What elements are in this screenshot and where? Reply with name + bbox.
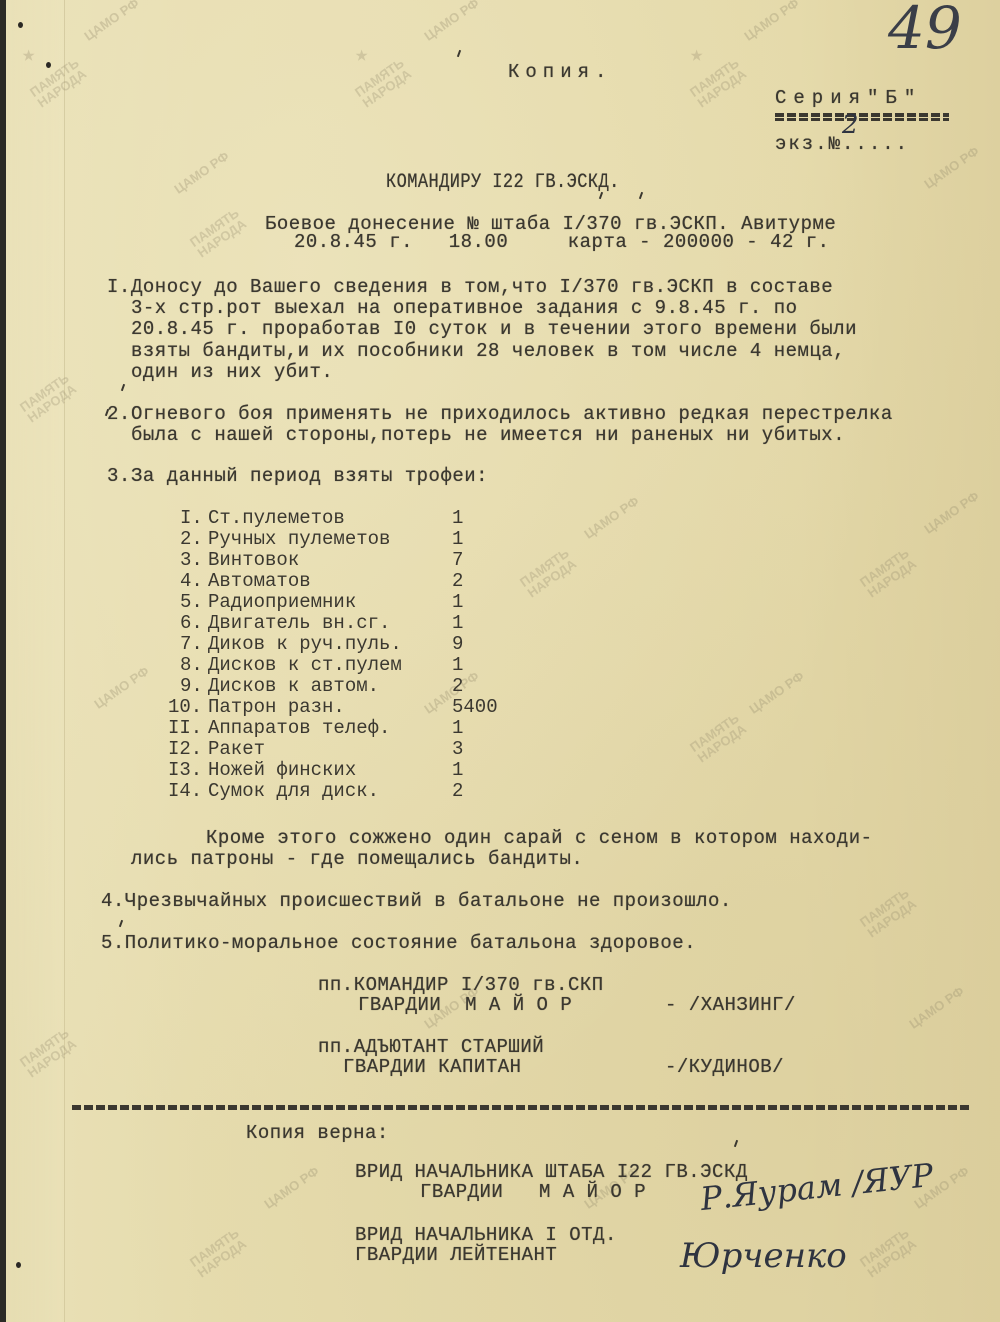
paragraph-line: 3-х стр.рот выехал на оперативное задани… [131,298,798,319]
trophy-name: Дисков к автом. [208,675,379,697]
watermark-project: ПАМЯТЬНАРОДА [518,546,579,600]
signer-title: пп.АДЪЮТАНТ СТАРШИЙ [318,1037,544,1058]
trophy-name: Ручных пулеметов [208,528,390,550]
binding-hole [18,22,23,28]
paragraph-number: I. [107,277,131,298]
trophy-row: I3.Ножей финских1 [168,759,508,780]
binding-margin [6,0,65,1322]
paragraph-line: Доносу до Вашего сведения в том,что I/37… [131,277,833,298]
copy-number-handwritten: 2 [842,110,859,140]
certifier-title: ВРИД НАЧАЛЬНИКА I ОТД. [355,1225,617,1246]
trophy-num: II. [168,717,202,739]
ink-mark [639,192,643,199]
trophy-name: Двигатель вн.сг. [208,612,390,634]
trophy-qty: 1 [452,507,463,529]
paragraph-5: 5.Политико-моральное состояние батальона… [101,933,696,954]
trophy-row: 4.Автоматов2 [180,570,520,591]
watermark-archive: ЦАМО РФ [741,0,801,44]
watermark-archive: ЦАМО РФ [746,668,806,716]
trophy-num: I2. [168,738,202,760]
paragraph-number: 3. [107,466,131,487]
signer-name: -/КУДИНОВ/ [665,1057,784,1078]
addressee: КОМАНДИРУ I22 ГВ.ЭСКД. [386,172,620,193]
trophy-qty: 1 [452,591,463,613]
watermark-project: ПАМЯТЬНАРОДА [353,56,414,110]
trophy-qty: 2 [452,570,463,592]
watermark-archive: ЦАМО РФ [171,148,231,196]
trophy-row: 7.Диков к руч.пуль.9 [180,633,520,654]
series-underline [775,113,949,117]
trophy-num: 3. [180,549,203,571]
trophy-name: Радиоприемник [208,591,356,613]
trophy-row: 10.Патрон разн.5400 [168,696,508,717]
paragraph-line: 20.8.45 г. проработав I0 суток и в течен… [131,319,857,340]
trophy-row: I4.Сумок для диск.2 [168,780,508,801]
certifier-rank: ГВАРДИИ ЛЕЙТЕНАНТ [355,1245,557,1266]
ink-mark [457,50,461,57]
trophy-num: 7. [180,633,203,655]
trophy-qty: 3 [452,738,463,760]
watermark-project: ПАМЯТЬНАРОДА [858,1226,919,1280]
note-line: лись патроны - где помещались бандиты. [131,849,583,870]
watermark-archive: ЦАМО РФ [91,663,151,711]
watermark-archive: ЦАМО РФ [906,983,966,1031]
handwritten-signature: Юрченко [680,1236,847,1276]
trophy-row: I2.Ракет3 [168,738,508,759]
trophy-num: I4. [168,780,202,802]
trophy-qty: 1 [452,654,463,676]
trophy-row: 5.Радиоприемник1 [180,591,520,612]
trophy-name: Сумок для диск. [208,780,379,802]
watermark-archive: ЦАМО РФ [421,0,481,44]
trophy-qty: 1 [452,759,463,781]
paragraph-line: была с нашей стороны,потерь не имеется н… [131,425,845,446]
trophy-row: 3.Винтовок7 [180,549,520,570]
trophy-row: 8.Дисков к ст.пулем1 [180,654,520,675]
trophy-name: Аппаратов телеф. [208,717,390,739]
watermark-project: ПАМЯТЬНАРОДА [688,711,749,765]
trophy-num: 4. [180,570,203,592]
document-page: ЦАМО РФ ЦАМО РФ ЦАМО РФ ЦАМО РФ ЦАМО РФ … [0,0,1000,1322]
series-label: Серия"Б" [775,88,922,109]
copy-certified-label: Копия верна: [246,1123,389,1144]
trophy-name: Винтовок [208,549,299,571]
paragraph-line: один из них убит. [131,362,333,383]
trophy-num: I3. [168,759,202,781]
ink-mark [121,384,125,391]
trophy-row: I.Ст.пулеметов1 [180,507,520,528]
separator-rule [72,1105,972,1110]
trophy-name: Патрон разн. [208,696,345,718]
watermark-star-icon: ★ [355,42,368,68]
trophy-num: 2. [180,528,203,550]
certifier-title: ВРИД НАЧАЛЬНИКА ШТАБА I22 ГВ.ЭСКД [355,1162,748,1183]
watermark-star-icon: ★ [690,42,703,68]
report-header-line2: 20.8.45 г. 18.00 карта - 200000 - 42 г. [294,232,830,253]
trophy-qty: 9 [452,633,463,655]
watermark-project: ПАМЯТЬНАРОДА [188,206,249,260]
trophy-qty: 2 [452,675,463,697]
copy-mark: Копия. [508,62,612,83]
signer-rank: ГВАРДИИ КАПИТАН [343,1057,522,1078]
watermark-archive: ЦАМО РФ [81,0,141,44]
trophy-num: 5. [180,591,203,613]
trophy-num: 10. [168,696,202,718]
trophy-num: I. [180,507,203,529]
trophy-qty: 1 [452,528,463,550]
trophy-name: Автоматов [208,570,311,592]
trophy-row: 9.Дисков к автом.2 [180,675,520,696]
watermark-project: ПАМЯТЬНАРОДА [858,886,919,940]
ink-mark [599,192,603,199]
trophy-name: Ст.пулеметов [208,507,345,529]
watermark-project: ПАМЯТЬНАРОДА [858,546,919,600]
paragraph-line: За данный период взяты трофеи: [131,466,488,487]
ink-mark [119,920,123,927]
signer-name: - /ХАНЗИНГ/ [665,995,796,1016]
trophy-qty: 1 [452,717,463,739]
watermark-archive: ЦАМО РФ [921,488,981,536]
trophy-row: II.Аппаратов телеф.1 [168,717,508,738]
trophy-qty: 5400 [452,696,498,718]
trophy-row: 6.Двигатель вн.сг.1 [180,612,520,633]
note-line: Кроме этого сожжено один сарай с сеном в… [206,828,873,849]
watermark-project: ПАМЯТЬНАРОДА [188,1226,249,1280]
trophy-row: 2.Ручных пулеметов1 [180,528,520,549]
paragraph-line: взяты бандиты,и их пособники 28 человек … [131,341,845,362]
binding-hole [16,1262,21,1268]
certifier-rank: ГВАРДИИ М А Й О Р [420,1182,646,1203]
page-number-handwritten: 49 [888,0,962,62]
trophy-name: Дисков к ст.пулем [208,654,402,676]
trophy-name: Ножей финских [208,759,356,781]
trophy-name: Ракет [208,738,265,760]
watermark-archive: ЦАМО РФ [261,1163,321,1211]
paragraph-number: 2. [107,404,131,425]
binding-hole [46,62,51,68]
trophy-num: 9. [180,675,203,697]
watermark-archive: ЦАМО РФ [921,143,981,191]
watermark-archive: ЦАМО РФ [581,493,641,541]
trophy-num: 6. [180,612,203,634]
signer-title: пп.КОМАНДИР I/370 гв.СКП [318,975,604,996]
paragraph-line: Огневого боя применять не приходилось ак… [131,404,893,425]
watermark-project: ПАМЯТЬНАРОДА [688,56,749,110]
trophy-qty: 2 [452,780,463,802]
paragraph-4: 4.Чрезвычайных происшествий в батальоне … [101,891,732,912]
trophy-name: Диков к руч.пуль. [208,633,402,655]
signer-rank: ГВАРДИИ М А Й О Р [358,995,572,1016]
trophy-qty: 1 [452,612,463,634]
trophy-qty: 7 [452,549,463,571]
trophy-num: 8. [180,654,203,676]
ink-mark [734,1140,738,1147]
